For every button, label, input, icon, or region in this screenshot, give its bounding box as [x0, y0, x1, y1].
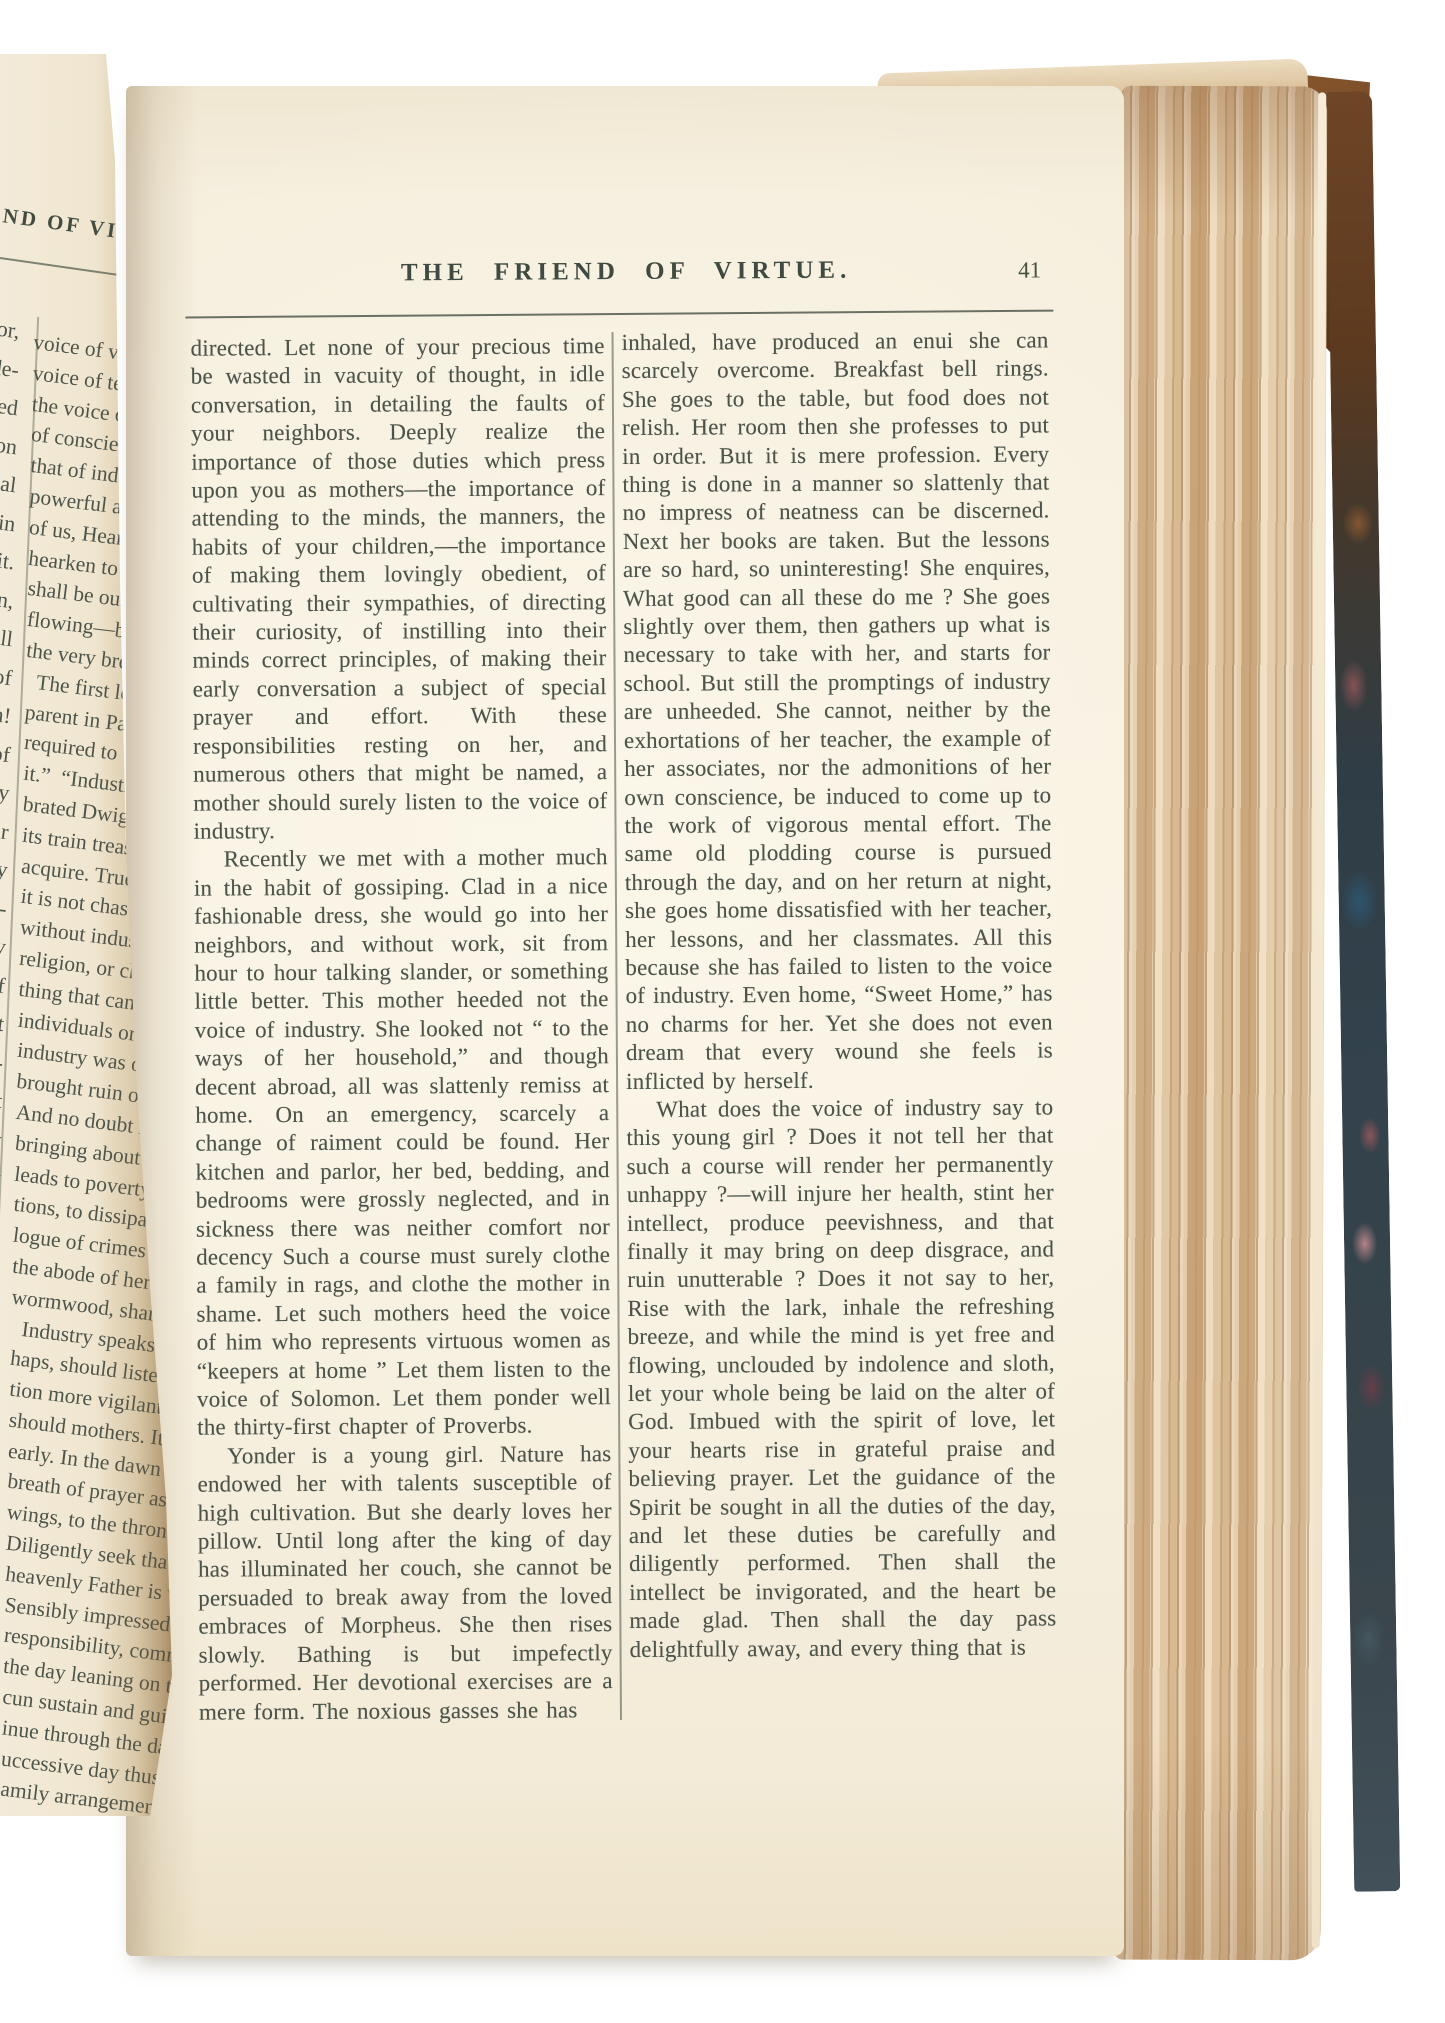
- text-fragment: t of: [0, 725, 13, 774]
- main-page: THE FRIEND OF VIRTUE. 41 directed. Let n…: [126, 86, 1124, 1956]
- text-fragment: ost: [0, 995, 6, 1044]
- column-divider-rule: [612, 332, 622, 1720]
- paragraph: directed. Let none of your precious time…: [191, 332, 608, 846]
- text-fragment: will: [0, 610, 15, 659]
- page-number: 41: [1018, 257, 1041, 283]
- text-fragment: erty: [0, 841, 10, 890]
- text-fragment: ion,: [0, 571, 16, 620]
- text-fragment: ow: [0, 1149, 3, 1198]
- text-fragment: ocial: [0, 456, 19, 505]
- text-fragment: a of: [0, 956, 7, 1005]
- book-photo: THE FRIEND OF VIRTUE. 41 directed. Let n…: [0, 0, 1445, 2023]
- page-content: THE FRIEND OF VIRTUE. 41 directed. Let n…: [126, 83, 1135, 1959]
- text-fragment: eni-: [0, 1033, 6, 1082]
- text-fragment: ny: [0, 1110, 4, 1159]
- text-fragment: arly: [0, 764, 12, 813]
- left-page-edge-fragments: rror,de-ateds onocialithiny it.ion,wille…: [0, 311, 20, 1314]
- paragraph: Yonder is a young girl. Nature has endow…: [197, 1440, 613, 1727]
- text-fragment: an: [0, 1226, 1, 1275]
- text-fragment: e of: [0, 648, 14, 697]
- fore-edge-page-block: [1115, 86, 1328, 1961]
- text-fragment: de-: [0, 340, 21, 389]
- text-fragment: rror,: [0, 302, 22, 351]
- paragraph: inhaled, have produced an enui she can s…: [621, 326, 1053, 1096]
- text-fragment: son!: [0, 687, 13, 736]
- text-fragment: y it.: [0, 533, 17, 582]
- text-fragment: or-: [0, 1187, 2, 1236]
- text-column-1: directed. Let none of your precious time…: [191, 332, 613, 1726]
- paragraph: Recently we met with a mother much in th…: [194, 843, 612, 1442]
- left-page-column-divider: [0, 317, 39, 1476]
- paragraph: What does the voice of industry say to t…: [626, 1093, 1056, 1664]
- header-rule: [185, 310, 1053, 319]
- text-fragment: s on: [0, 417, 20, 466]
- text-column-2: inhaled, have produced an enui she can s…: [621, 326, 1056, 1664]
- text-fragment: ithin: [0, 494, 18, 543]
- text-fragment: ated: [0, 379, 20, 428]
- marbled-cover-edge: [1326, 91, 1400, 1892]
- text-fragment: boy: [0, 918, 8, 967]
- text-fragment: out: [0, 1072, 5, 1121]
- page-title: THE FRIEND OF VIRTUE.: [127, 255, 1125, 289]
- text-fragment: ous-: [0, 879, 9, 928]
- text-fragment: rror: [0, 802, 11, 851]
